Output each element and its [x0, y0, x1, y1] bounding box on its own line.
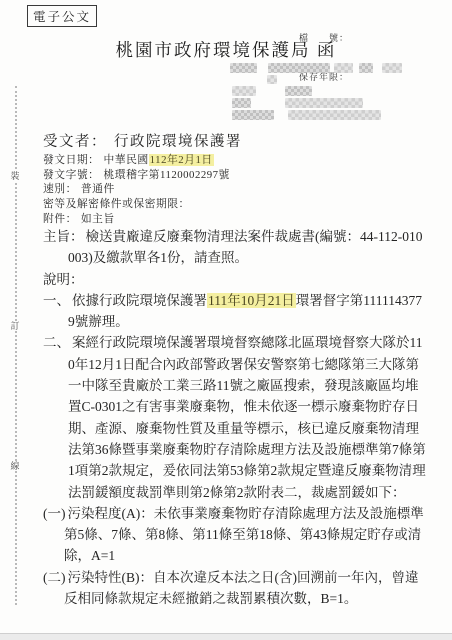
item1-number: 一、 — [43, 293, 70, 308]
redacted-block — [230, 63, 257, 73]
meta-date-label: 發文日期： — [43, 154, 99, 166]
description-item-1: 一、依據行政院環境保護署111年10月21日環署督字第1111143779號辦理… — [43, 290, 427, 333]
meta-attachment-label: 附件： — [43, 213, 77, 225]
binding-mark-ding: 訂 — [9, 321, 21, 331]
recipient-label: 受文者： — [43, 134, 107, 150]
meta-date-pre: 中華民國 — [103, 154, 148, 166]
page-bottom-edge — [0, 633, 452, 640]
item1-pre: 依據行政院環境保護署 — [72, 293, 207, 308]
redacted-block — [232, 110, 274, 120]
subject-text: 檢送貴廠違反廢棄物清理法案件裁處書(編號：44-112-010003)及繳款單各… — [68, 229, 423, 265]
recipient-value: 行政院環境保護署 — [114, 134, 242, 150]
redacted-block — [232, 86, 256, 96]
item1-highlight: 111年10月21日 — [207, 293, 296, 308]
description-item-2: 二、案經行政院環境保護署環境督察總隊北區環境督察大隊於110年12月1日配合內政… — [43, 332, 427, 502]
recipient-line: 受文者：行政院環境保護署 — [43, 130, 242, 151]
redacted-block — [288, 110, 381, 120]
electronic-doc-badge: 電子公文 — [27, 5, 97, 27]
document-body: 主旨：檢送貴廠違反廢棄物清理法案件裁處書(編號：44-112-010003)及繳… — [43, 226, 427, 609]
meta-speed: 速別：普通件 — [43, 182, 230, 197]
meta-date-highlight: 112年2月1日 — [149, 154, 214, 166]
redacted-block — [267, 75, 277, 84]
redacted-block — [334, 63, 353, 73]
sub2-text: 污染特性(B)：自本次違反本法之日(含)回溯前一年內，曾違反相同條款規定未經撤銷… — [64, 570, 419, 606]
binding-mark-zhuang: 裝 — [9, 171, 21, 181]
binding-dotted-line — [15, 86, 17, 605]
meta-secrecy-label: 密等及解密條件或保密期限： — [43, 198, 190, 210]
sub1-text: 污染程度(A)：未依事業廢棄物貯存清除處理方法及設施標準第5條、7條、第8條、第… — [64, 506, 424, 564]
redacted-block — [359, 63, 373, 73]
sub-item-2: (二)污染特性(B)：自本次違反本法之日(含)回溯前一年內，曾違反相同條款規定未… — [43, 567, 427, 610]
redacted-block — [232, 98, 251, 108]
meta-attachment-value: 如主旨 — [81, 213, 115, 225]
sub2-number: (二) — [43, 570, 66, 585]
meta-speed-value: 普通件 — [81, 183, 115, 195]
sub1-number: (一) — [43, 506, 66, 521]
meta-speed-label: 速別： — [43, 183, 77, 195]
redacted-block — [285, 98, 363, 108]
sub-item-1: (一)污染程度(A)：未依事業廢棄物貯存清除處理方法及設施標準第5條、7條、第8… — [43, 503, 427, 567]
meta-block: 發文日期：中華民國112年2月1日 發文字號：桃環稽字第1120002297號 … — [43, 153, 230, 227]
official-document-page: 電子公文 檔 號： 保存年限： 桃園市政府環境保護局 函 裝 訂 線 受文者：行… — [0, 0, 452, 640]
subject-label: 主旨： — [43, 229, 84, 244]
redacted-block — [268, 63, 330, 73]
item2-number: 二、 — [43, 335, 70, 350]
meta-doc-no-value: 桃環稽字第1120002297號 — [103, 169, 229, 181]
item2-text: 案經行政院環境保護署環境督察總隊北區環境督察大隊於110年12月1日配合內政部警… — [68, 335, 426, 499]
meta-date: 發文日期：中華民國112年2月1日 — [43, 153, 230, 168]
description-label: 說明： — [43, 269, 427, 290]
redacted-block — [382, 63, 402, 73]
meta-secrecy: 密等及解密條件或保密期限： — [43, 197, 230, 212]
meta-doc-no: 發文字號：桃環稽字第1120002297號 — [43, 168, 230, 183]
redacted-block — [285, 86, 312, 96]
subject-paragraph: 主旨：檢送貴廠違反廢棄物清理法案件裁處書(編號：44-112-010003)及繳… — [43, 226, 427, 269]
binding-mark-xian: 線 — [9, 461, 21, 471]
document-title: 桃園市政府環境保護局 函 — [0, 37, 452, 62]
meta-attachment: 附件：如主旨 — [43, 212, 230, 227]
meta-doc-no-label: 發文字號： — [43, 169, 99, 181]
